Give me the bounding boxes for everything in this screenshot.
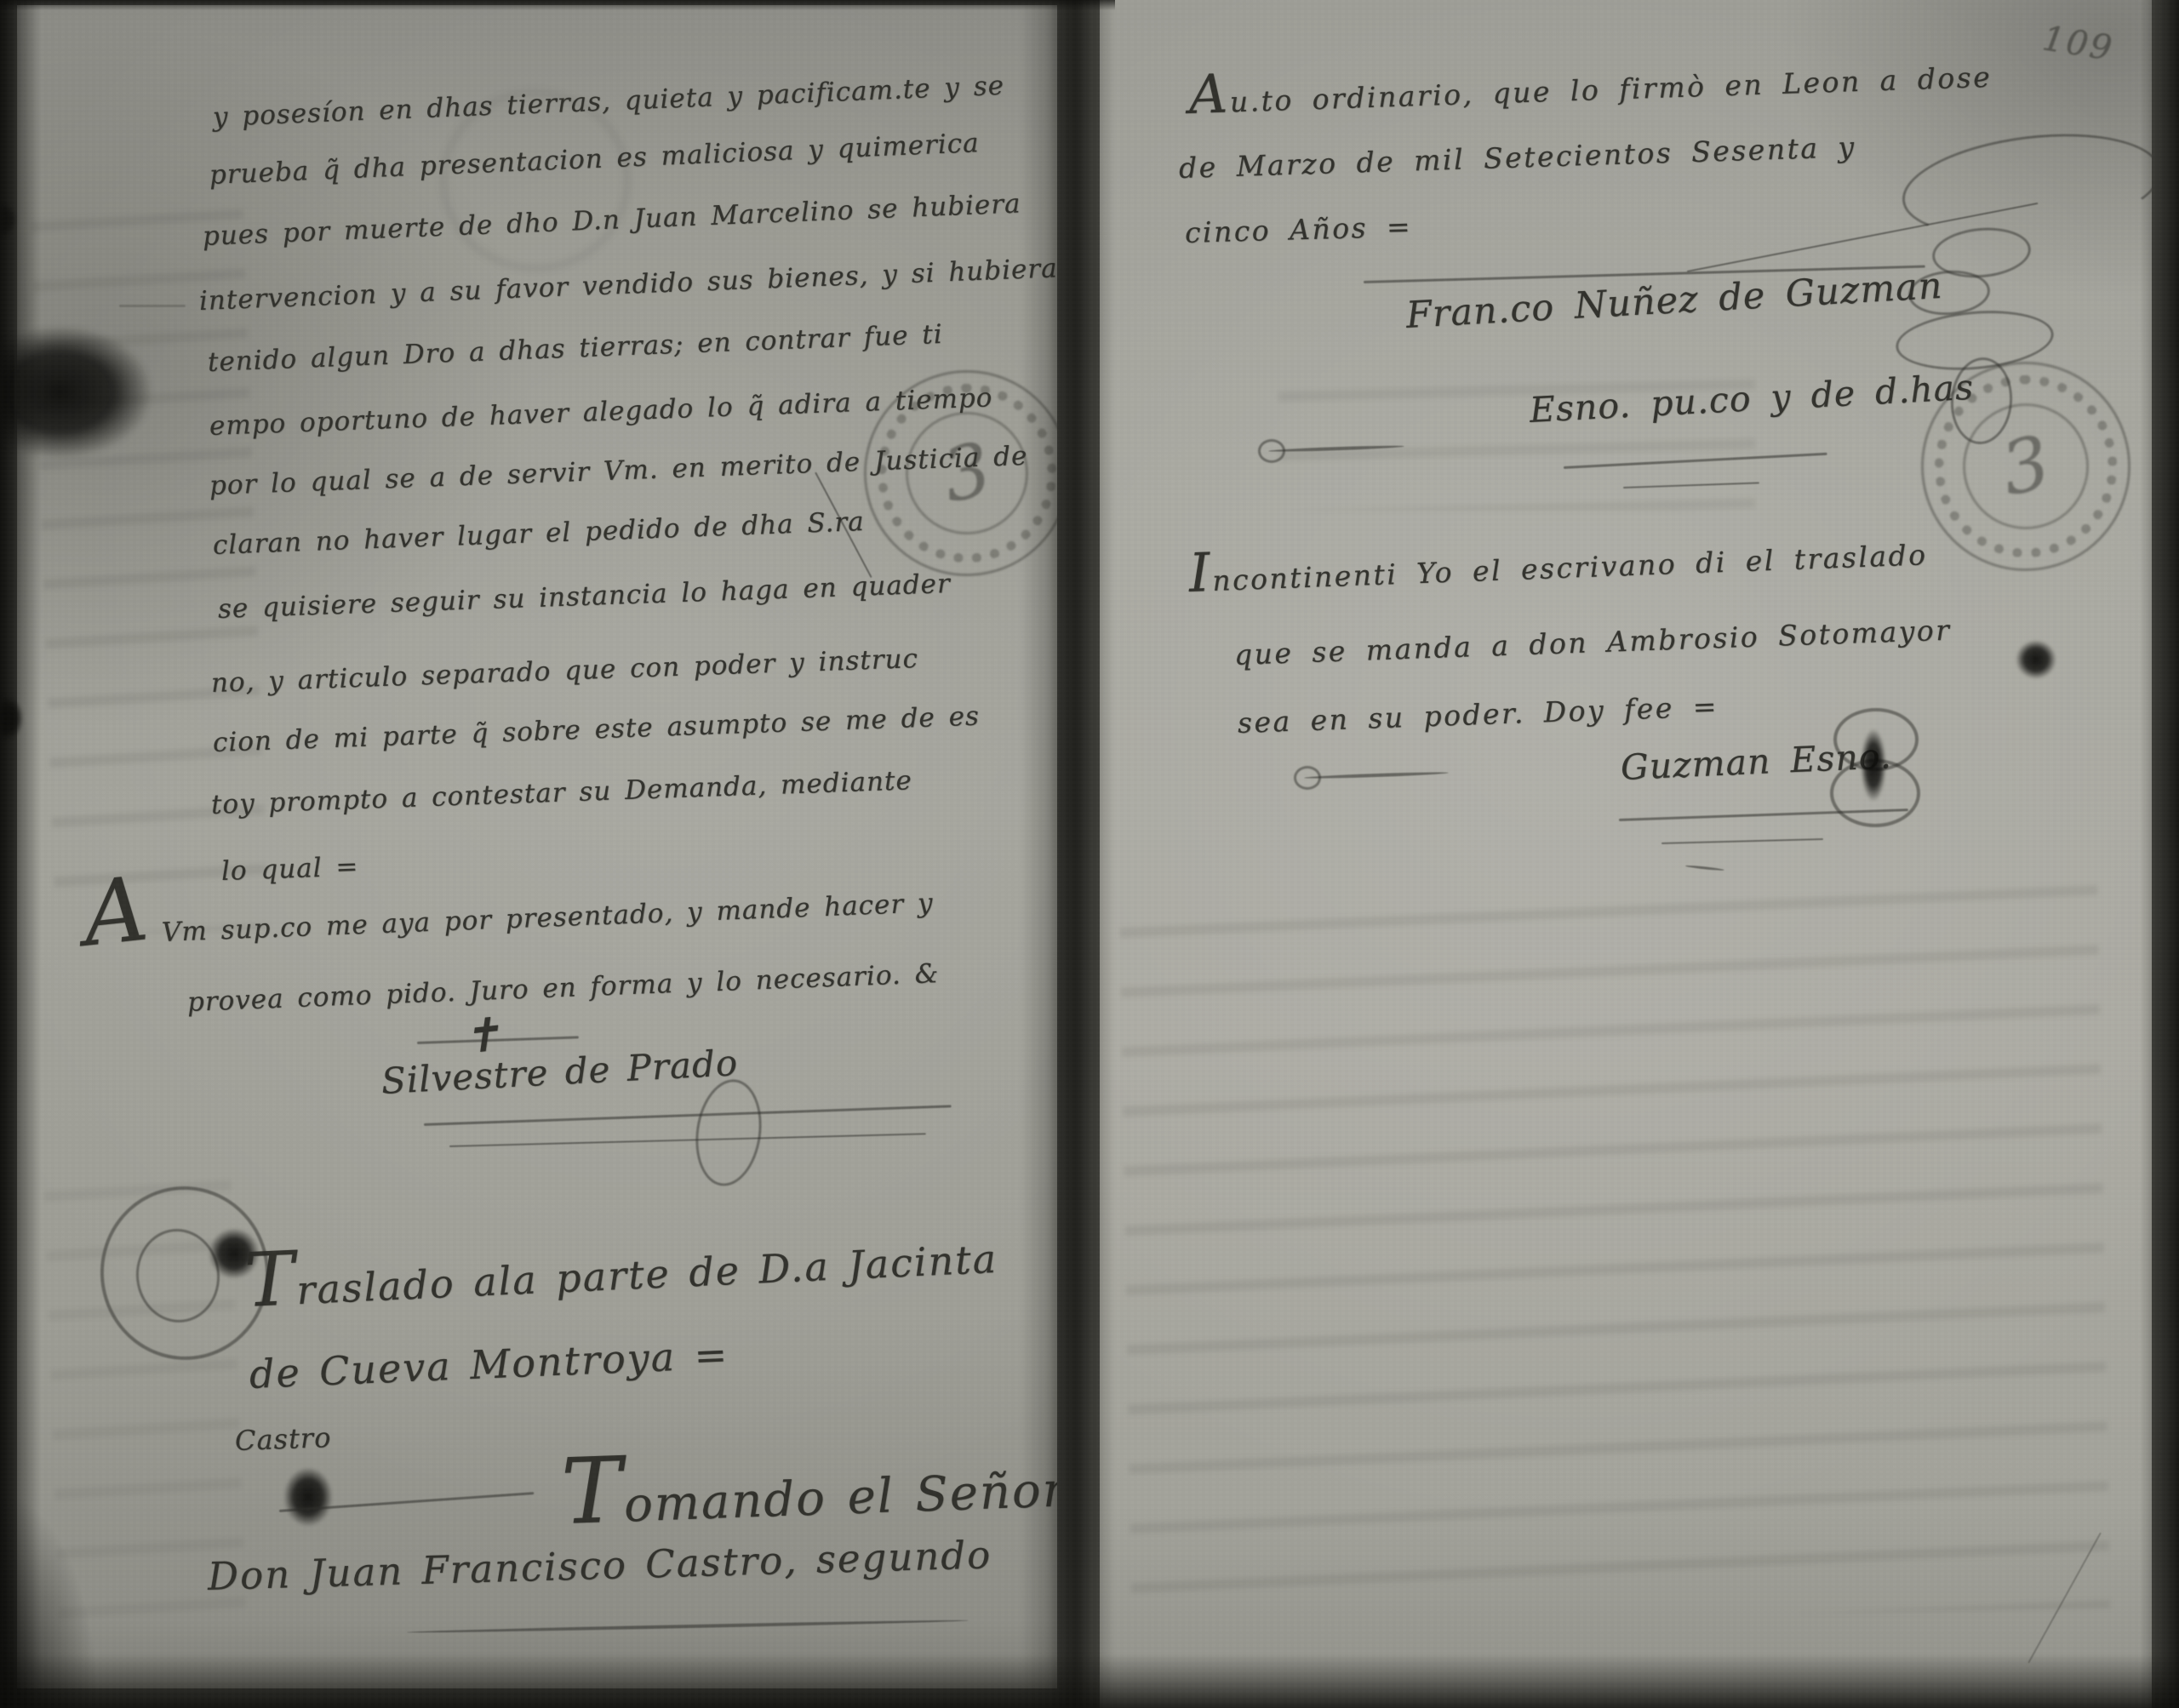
bottom-left-shadow (0, 1430, 128, 1708)
closing-underline (1661, 838, 1823, 844)
manuscript-line: cinco Años = (1184, 210, 1412, 249)
closing-curl (1685, 865, 1724, 871)
manuscript-scan: y posesíon en dhas tierras, quieta y pac… (0, 0, 2179, 1708)
petition-initial: A (78, 856, 153, 966)
ink-blot (2016, 640, 2056, 679)
attest-line: que se manda a don Ambrosio Sotomayor (1233, 614, 1952, 671)
title-underline (1623, 482, 1759, 488)
traslado-line: Traslado ala parte de D.a Jacinta (244, 1229, 999, 1316)
manuscript-line: toy prompto a contestar su Demanda, medi… (210, 765, 912, 820)
castro-rubric-blot (283, 1467, 333, 1527)
petition-line: Vm sup.co me aya por presentado, y mande… (161, 888, 934, 948)
margin-word-castro: Castro (234, 1421, 332, 1457)
manuscript-line: tenido algun Dro a dhas tierras; en cont… (207, 319, 943, 378)
manuscript-line: Au.to ordinario, que lo firmò en Leon a … (1188, 55, 1993, 120)
manuscript-line: de Marzo de mil Setecientos Sesenta y (1178, 130, 1856, 185)
top-scan-edge (0, 0, 1115, 10)
corkscrew-rubric (1896, 121, 2152, 250)
page-crease (14, 34, 17, 579)
manuscript-line: no, y articulo separado que con poder y … (210, 643, 918, 699)
signature-guzman-name: Fran.co Nuñez de Guzman (1405, 265, 1944, 337)
signature-rubric-line (424, 1105, 952, 1126)
signature-silvestre: Silvestre de Prado (380, 1042, 740, 1102)
left-page: y posesíon en dhas tierras, quieta y pac… (17, 5, 1057, 1688)
page-fold-line (2027, 1533, 2102, 1664)
seal-digit: 3 (1905, 346, 2148, 588)
decree-line: Tomando el Señor (561, 1453, 1057, 1535)
binding-gutter (1020, 0, 1115, 1708)
left-flourish-loop (1258, 439, 1285, 463)
bottom-scan-edge (0, 1654, 2179, 1708)
paper-seal: 3 (1921, 362, 2130, 571)
left-flourish (1268, 444, 1404, 453)
attest-line: sea en su poder. Doy fee = (1237, 689, 1719, 740)
signature-flourish-loop (689, 1075, 769, 1190)
title-underline (1564, 453, 1827, 469)
attest-line: Incontinenti Yo el escrivano di el trasl… (1188, 533, 1928, 598)
signature-rubric-line (449, 1133, 926, 1147)
bleed-through-ghost (1119, 877, 2111, 1625)
right-scan-edge (2140, 0, 2179, 1708)
closing-flourish-loop (1294, 766, 1321, 790)
manuscript-line: intervencion y a su favor vendido sus bi… (198, 252, 1057, 317)
folio-number: 109 (2039, 19, 2116, 69)
manuscript-line: cion de mi parte q̃ sobre este asumpto s… (212, 701, 980, 758)
closing-flourish (1304, 771, 1449, 780)
bleed-through-ghost (1278, 357, 1755, 511)
manuscript-line: se quisiere seguir su instancia lo haga … (217, 568, 951, 625)
decree-flourish (407, 1619, 969, 1634)
closing-rubric-smudge (1861, 728, 1886, 802)
right-page: 109 Au.to ordinario, que lo firmò en Leo… (1100, 0, 2152, 1708)
traslado-line: de Cueva Montroya = (249, 1331, 729, 1397)
margin-dash (119, 305, 186, 307)
manuscript-line: lo qual = (220, 851, 359, 887)
petition-line: provea como pido. Juro en forma y lo nec… (186, 958, 940, 1018)
manuscript-line: claran no haver lugar el pedido de dha S… (212, 506, 865, 561)
